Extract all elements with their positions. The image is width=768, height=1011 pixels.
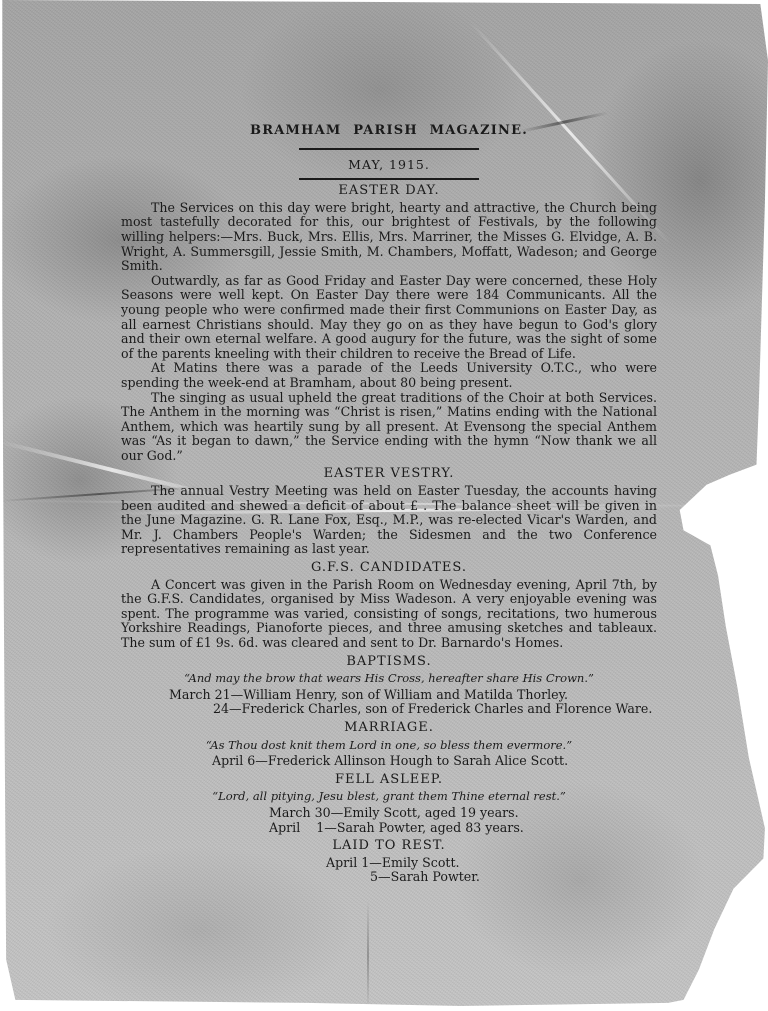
verse-quote: “Lord, all pitying, Jesu blest, grant th… <box>121 789 657 804</box>
section-marriage: MARRIAGE. “As Thou dost knit them Lord i… <box>121 721 657 769</box>
crease <box>368 901 369 1011</box>
verse-quote: “And may the brow that wears His Cross, … <box>121 671 657 686</box>
section-laid-to-rest: LAID TO REST. April 1—Emily Scott. 5—Sar… <box>121 839 657 885</box>
masthead-title: BRAMHAM PARISH MAGAZINE. <box>121 124 657 139</box>
magazine-content: BRAMHAM PARISH MAGAZINE. MAY, 1915. EAST… <box>121 122 657 885</box>
register-entry: April 6—Frederick Allinson Hough to Sara… <box>212 754 657 769</box>
issue-date: MAY, 1915. <box>121 158 657 173</box>
section-title: FELL ASLEEP. <box>121 773 657 788</box>
entry-list: March 30—Emily Scott, aged 19 years. Apr… <box>269 806 657 835</box>
section-title: LAID TO REST. <box>121 839 657 854</box>
section-gfs-candidates: G.F.S. CANDIDATES. A Concert was given i… <box>121 561 657 651</box>
section-title: EASTER DAY. <box>121 184 657 199</box>
verse-quote: “As Thou dost knit them Lord in one, so … <box>121 738 657 753</box>
rule-divider <box>299 178 479 180</box>
section-fell-asleep: FELL ASLEEP. “Lord, all pitying, Jesu bl… <box>121 773 657 835</box>
paragraph: A Concert was given in the Parish Room o… <box>121 578 657 651</box>
section-easter-day: EASTER DAY. The Services on this day wer… <box>121 184 657 463</box>
register-entry: 5—Sarah Powter. <box>326 870 657 885</box>
section-title: MARRIAGE. <box>121 721 657 736</box>
entry-list: April 6—Frederick Allinson Hough to Sara… <box>212 754 657 769</box>
register-entry: April 1—Emily Scott. <box>326 856 657 871</box>
register-entry: 24—Frederick Charles, son of Frederick C… <box>169 702 657 717</box>
entry-list: April 1—Emily Scott. 5—Sarah Powter. <box>326 856 657 885</box>
section-title: G.F.S. CANDIDATES. <box>121 561 657 576</box>
register-entry: March 30—Emily Scott, aged 19 years. <box>269 806 657 821</box>
register-entry: April 1—Sarah Powter, aged 83 years. <box>269 821 657 836</box>
section-title: BAPTISMS. <box>121 655 657 670</box>
paragraph: At Matins there was a parade of the Leed… <box>121 361 657 390</box>
paragraph: The singing as usual upheld the great tr… <box>121 391 657 464</box>
paragraph: The Services on this day were bright, he… <box>121 201 657 274</box>
paragraph: Outwardly, as far as Good Friday and Eas… <box>121 274 657 362</box>
entry-list: March 21—William Henry, son of William a… <box>169 688 657 717</box>
section-title: EASTER VESTRY. <box>121 467 657 482</box>
paragraph: The annual Vestry Meeting was held on Ea… <box>121 484 657 557</box>
section-easter-vestry: EASTER VESTRY. The annual Vestry Meeting… <box>121 467 657 557</box>
rule-divider <box>299 148 479 150</box>
register-entry: March 21—William Henry, son of William a… <box>169 688 657 703</box>
section-baptisms: BAPTISMS. “And may the brow that wears H… <box>121 655 657 717</box>
